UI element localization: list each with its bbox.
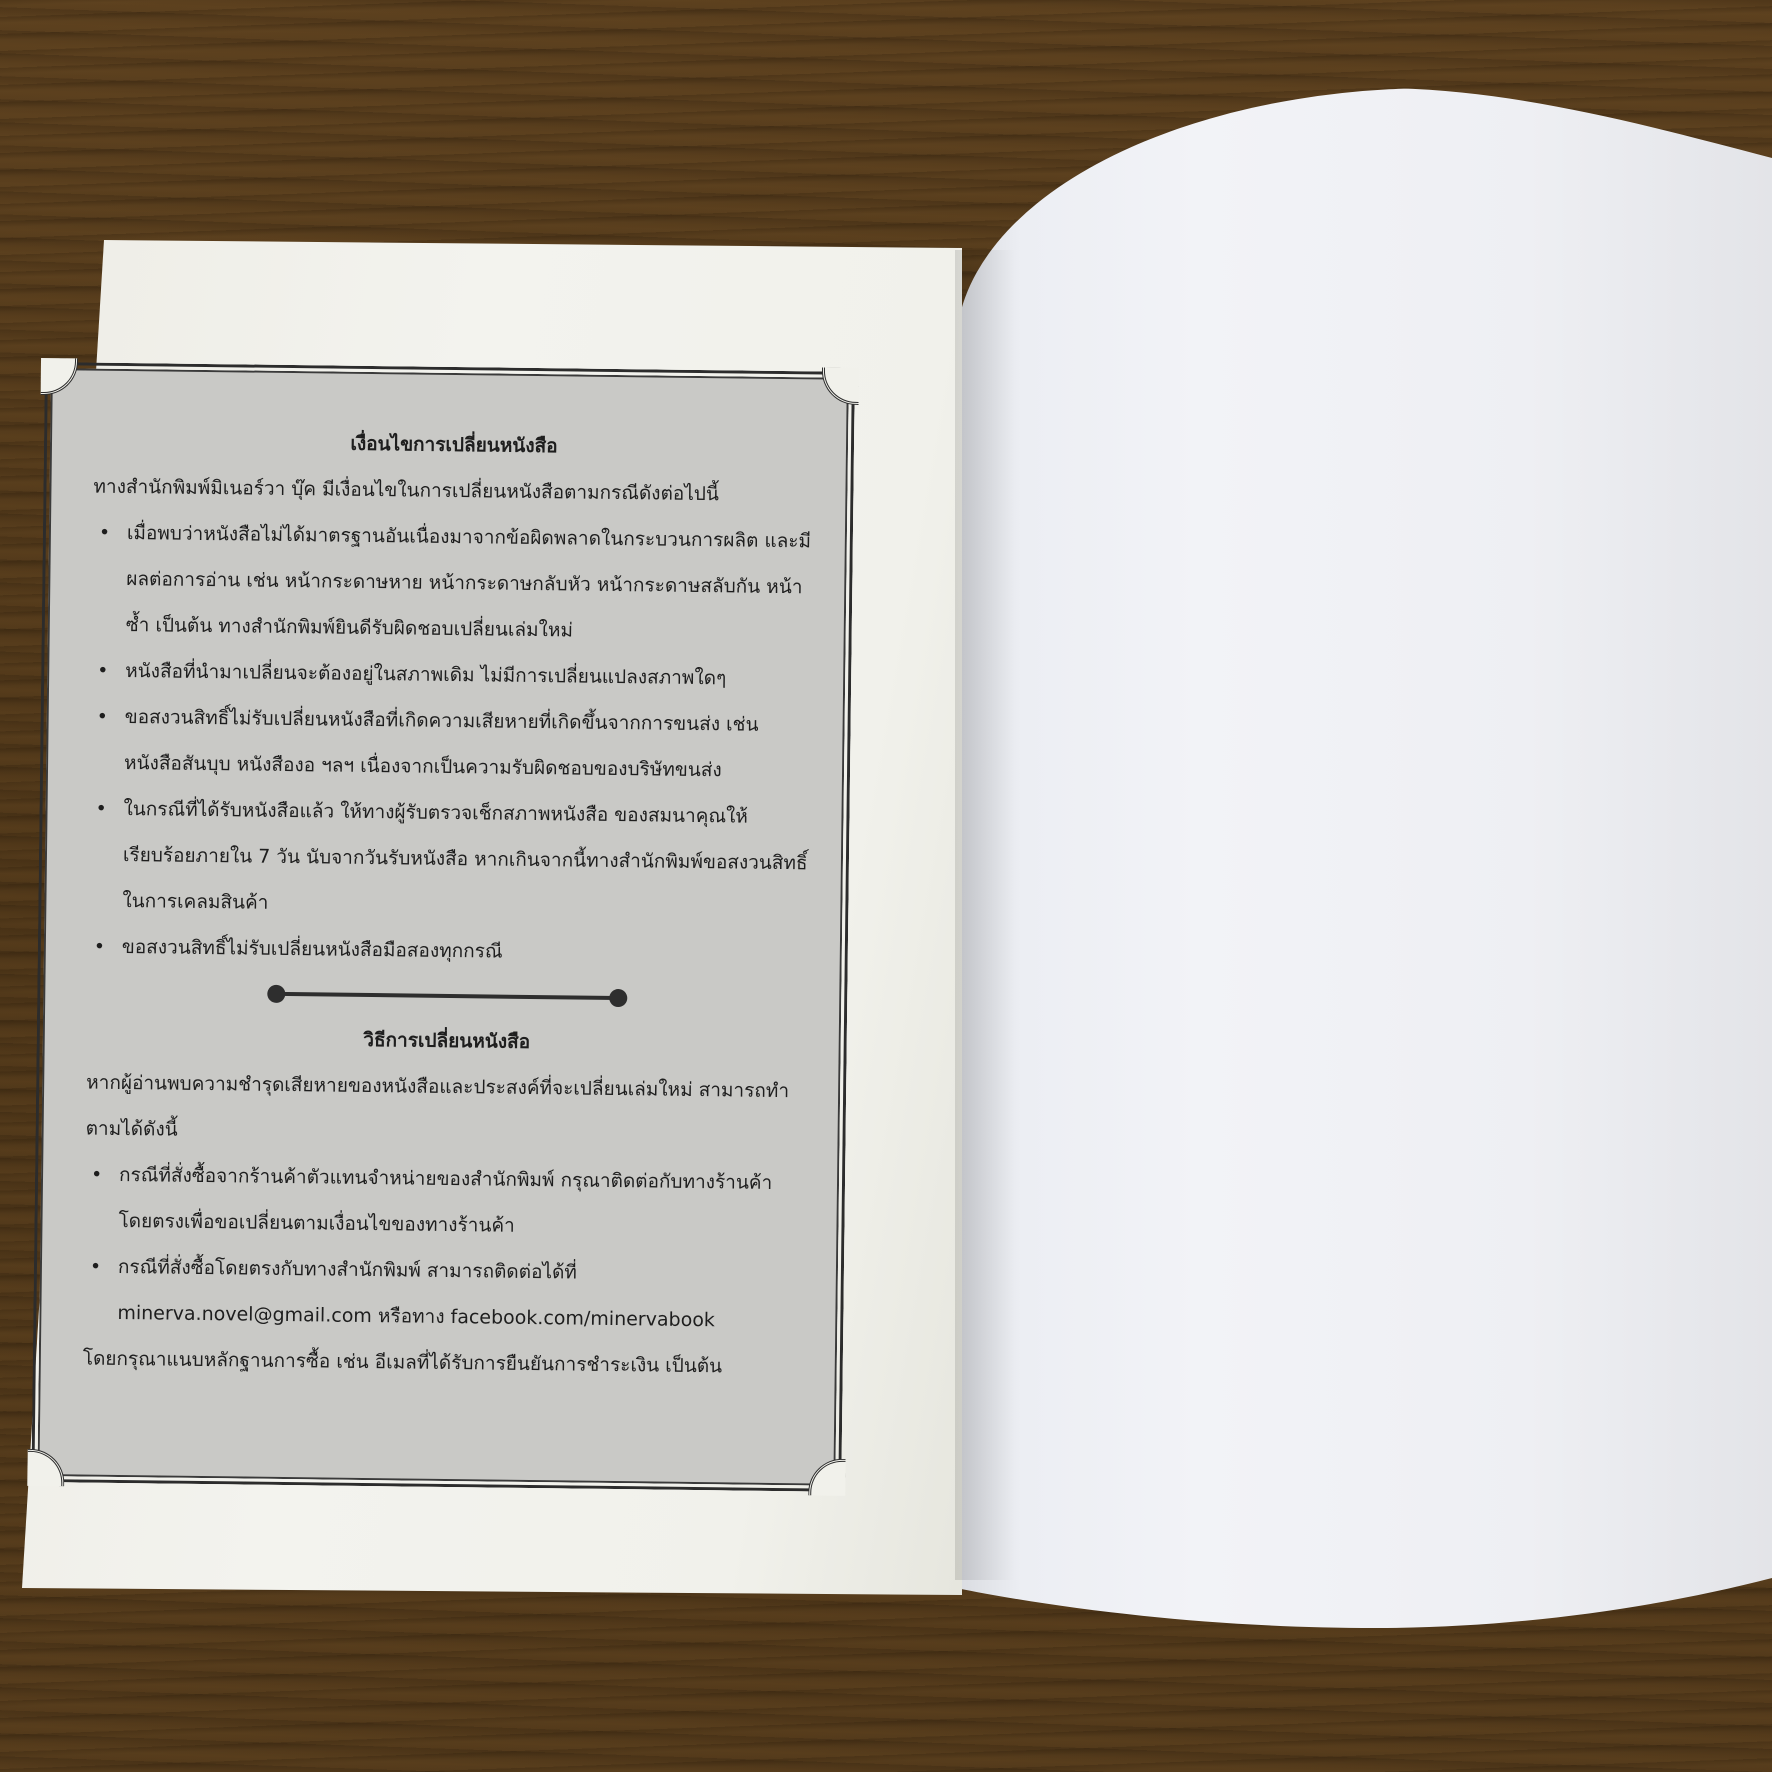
proof-of-purchase-note: โดยกรุณาแนบหลักฐานการซื้อ เช่น อีเมลที่ไ… [83, 1336, 804, 1391]
exchange-conditions-list: เมื่อพบว่าหนังสือไม่ได้มาตรฐานอันเนื่องม… [88, 510, 814, 979]
notice-content: เงื่อนไขการเปลี่ยนหนังสือ ทางสำนักพิมพ์ม… [83, 418, 815, 1391]
notice-frame: เงื่อนไขการเปลี่ยนหนังสือ ทางสำนักพิมพ์ม… [31, 362, 855, 1492]
exchange-method-list: กรณีที่สั่งซื้อจากร้านค้าตัวแทนจำหน่ายขอ… [84, 1152, 806, 1299]
condition-item: ขอสงวนสิทธิ์ไม่รับเปลี่ยนหนังสือที่เกิดค… [90, 694, 811, 795]
photo-scene: เงื่อนไขการเปลี่ยนหนังสือ ทางสำนักพิมพ์ม… [0, 0, 1772, 1772]
divider-line [277, 992, 617, 1000]
divider-dot-icon [609, 989, 627, 1007]
method-item: กรณีที่สั่งซื้อจากร้านค้าตัวแทนจำหน่ายขอ… [84, 1152, 805, 1253]
condition-item: ขอสงวนสิทธิ์ไม่รับเปลี่ยนหนังสือมือสองทุ… [88, 924, 809, 979]
condition-item: ในกรณีที่ได้รับหนังสือแล้ว ให้ทางผู้รับต… [88, 786, 810, 933]
section2-intro: หากผู้อ่านพบความชำรุดเสียหายของหนังสือแล… [85, 1060, 806, 1161]
spine-shadow [955, 250, 1015, 1580]
method-item: กรณีที่สั่งซื้อโดยตรงกับทางสำนักพิมพ์ สา… [84, 1244, 805, 1299]
ornamental-divider [267, 972, 628, 1020]
condition-item: เมื่อพบว่าหนังสือไม่ได้มาตรฐานอันเนื่องม… [92, 510, 814, 657]
right-page-blank [956, 88, 1772, 1628]
